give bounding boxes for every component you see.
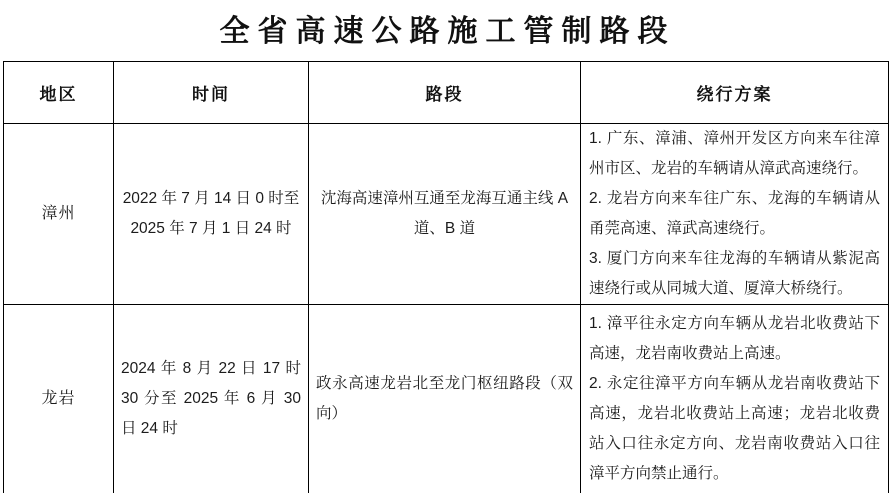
- construction-control-table: 地区 时间 路段 绕行方案 漳州 2022 年 7 月 14 日 0 时至 20…: [3, 61, 889, 493]
- detour-item: 1. 广东、漳浦、漳州开发区方向来车往漳州市区、龙岩的车辆请从漳武高速绕行。: [589, 124, 880, 184]
- detour-plan-cell: 1. 广东、漳浦、漳州开发区方向来车往漳州市区、龙岩的车辆请从漳武高速绕行。 2…: [581, 124, 889, 305]
- detour-item: 3. 厦门方向来车往龙海的车辆请从紫泥高速绕行或从同城大道、厦漳大桥绕行。: [589, 244, 880, 304]
- page: 全省高速公路施工管制路段 地区 时间 路段 绕行方案 漳州 2022 年 7 月…: [0, 0, 895, 493]
- time-value: 2022 年 7 月 14 日 0 时至 2025 年 7 月 1 日 24 时: [114, 124, 309, 305]
- section-value: 政永高速龙岩北至龙门枢纽路段（双向）: [309, 305, 581, 493]
- region-value: 龙岩: [4, 305, 114, 493]
- column-header-region: 地区: [4, 62, 114, 124]
- detour-item: 2. 龙岩方向来车往广东、龙海的车辆请从甬莞高速、漳武高速绕行。: [589, 184, 880, 244]
- detour-item: 2. 永定往漳平方向车辆从龙岩南收费站下高速，龙岩北收费站上高速；龙岩北收费站入…: [589, 369, 880, 489]
- time-value: 2024 年 8 月 22 日 17 时 30 分至 2025 年 6 月 30…: [114, 305, 309, 493]
- table-row: 龙岩 2024 年 8 月 22 日 17 时 30 分至 2025 年 6 月…: [4, 305, 889, 493]
- column-header-detour-plan: 绕行方案: [581, 62, 889, 124]
- header-row: 地区 时间 路段 绕行方案: [4, 62, 889, 124]
- detour-plan-cell: 1. 漳平往永定方向车辆从龙岩北收费站下高速，龙岩南收费站上高速。 2. 永定往…: [581, 305, 889, 493]
- section-value: 沈海高速漳州互通至龙海互通主线 A 道、B 道: [309, 124, 581, 305]
- page-title: 全省高速公路施工管制路段: [0, 6, 895, 50]
- table-row: 漳州 2022 年 7 月 14 日 0 时至 2025 年 7 月 1 日 2…: [4, 124, 889, 305]
- column-header-section: 路段: [309, 62, 581, 124]
- detour-item: 1. 漳平往永定方向车辆从龙岩北收费站下高速，龙岩南收费站上高速。: [589, 309, 880, 369]
- region-value: 漳州: [4, 124, 114, 305]
- column-header-time: 时间: [114, 62, 309, 124]
